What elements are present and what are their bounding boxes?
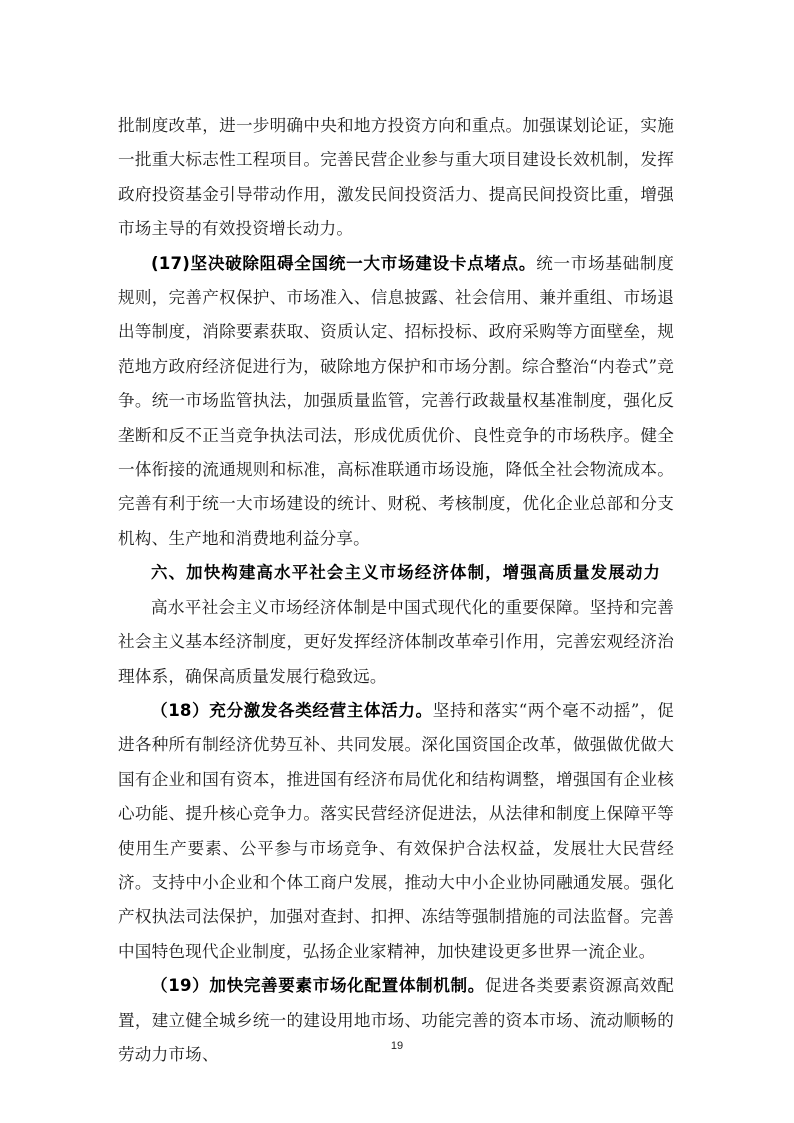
paragraph-lead-heading: (17)坚决破除阻碍全国统一大市场建设卡点堵点。: [151, 254, 536, 273]
paragraph-text: 统一市场基础制度规则，完善产权保护、市场准入、信息披露、社会信用、兼并重组、市场…: [118, 254, 674, 548]
paragraph-18: （18）充分激发各类经营主体活力。坚持和落实“两个毫不动摇”，促进各种所有制经济…: [118, 694, 674, 969]
paragraph-text: 批制度改革，进一步明确中央和地方投资方向和重点。加强谋划论证，实施一批重大标志性…: [118, 116, 674, 238]
paragraph-continuation: 批制度改革，进一步明确中央和地方投资方向和重点。加强谋划论证，实施一批重大标志性…: [118, 109, 674, 247]
paragraph-section-intro: 高水平社会主义市场经济体制是中国式现代化的重要保障。坚持和完善社会主义基本经济制…: [118, 591, 674, 694]
page-number: 19: [0, 1040, 794, 1052]
paragraph-text: 坚持和落实“两个毫不动摇”，促进各种所有制经济优势互补、共同发展。深化国资国企改…: [118, 701, 674, 961]
paragraph-17: (17)坚决破除阻碍全国统一大市场建设卡点堵点。统一市场基础制度规则，完善产权保…: [118, 247, 674, 557]
paragraph-lead-heading: （19）加快完善要素市场化配置体制机制。: [151, 976, 485, 995]
section-heading-6: 六、加快构建高水平社会主义市场经济体制，增强高质量发展动力: [118, 556, 674, 590]
document-page: 批制度改革，进一步明确中央和地方投资方向和重点。加强谋划论证，实施一批重大标志性…: [118, 109, 674, 1072]
paragraph-19: （19）加快完善要素市场化配置体制机制。促进各类要素资源高效配置，建立健全城乡统…: [118, 969, 674, 1072]
paragraph-lead-heading: （18）充分激发各类经营主体活力。: [151, 701, 433, 720]
paragraph-text: 高水平社会主义市场经济体制是中国式现代化的重要保障。坚持和完善社会主义基本经济制…: [118, 598, 674, 686]
